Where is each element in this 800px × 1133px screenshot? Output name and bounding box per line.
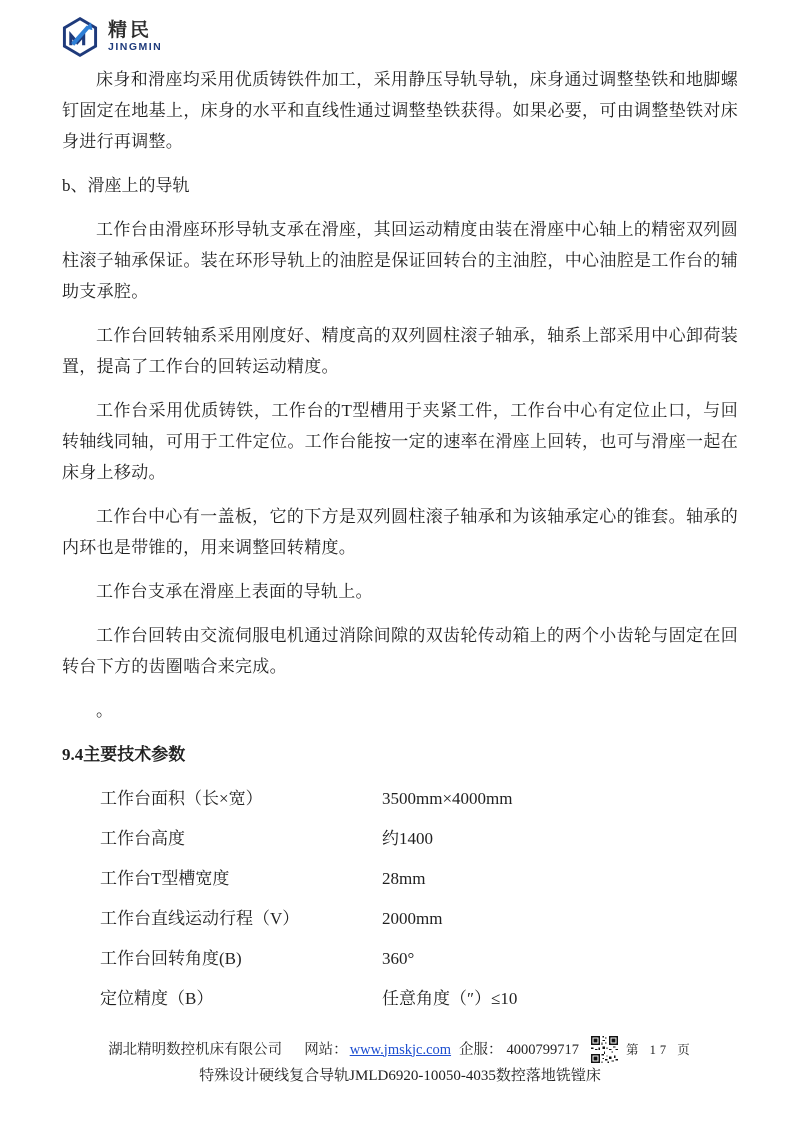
spec-value: 约1400	[382, 823, 738, 854]
page-number: 第 17 页	[626, 1039, 694, 1061]
footer-service-label: 企服：	[459, 1039, 503, 1061]
spec-label: 工作台面积（长×宽）	[62, 783, 382, 814]
spec-row-positioning-accuracy: 定位精度（B） 任意角度（″）≤10	[62, 983, 738, 1014]
logo-hexagon-icon	[58, 15, 102, 59]
spec-row-tslot-width: 工作台T型槽宽度 28mm	[62, 863, 738, 894]
footer-machine-title: 特殊设计硬线复合导轨JMLD6920-10050-4035数控落地铣镗床	[199, 1065, 601, 1087]
spec-list: 工作台面积（长×宽） 3500mm×4000mm 工作台高度 约1400 工作台…	[62, 783, 738, 1014]
spec-value: 2000mm	[382, 903, 738, 934]
spec-value: 3500mm×4000mm	[382, 783, 738, 814]
spec-label: 工作台直线运动行程（V）	[62, 903, 382, 934]
document-body: 床身和滑座均采用优质铸铁件加工，采用静压导轨导轨，床身通过调整垫铁和地脚螺钉固定…	[62, 64, 738, 1014]
logo-text: 精民 JINGMIN	[108, 21, 162, 53]
spec-label: 工作台T型槽宽度	[62, 863, 382, 894]
spec-row-linear-travel: 工作台直线运动行程（V） 2000mm	[62, 903, 738, 934]
spec-label: 定位精度（B）	[62, 983, 382, 1014]
heading-main-technical-parameters: 9.4主要技术参数	[62, 739, 738, 770]
footer-company-name: 湖北精明数控机床有限公司	[108, 1039, 282, 1061]
spec-value: 任意角度（″）≤10	[382, 983, 738, 1014]
logo-name-en: JINGMIN	[108, 42, 162, 53]
footer-service-number: 4000799717	[507, 1039, 580, 1061]
qr-code-icon	[581, 1036, 626, 1063]
company-logo: 精民 JINGMIN	[58, 14, 738, 60]
page-footer: 湖北精明数控机床有限公司 网站： www.jmskjc.com 企服： 4000…	[0, 1036, 800, 1087]
footer-website-label: 网站：	[304, 1039, 348, 1061]
spec-value: 360°	[382, 943, 738, 974]
spec-row-table-height: 工作台高度 约1400	[62, 823, 738, 854]
spec-row-table-area: 工作台面积（长×宽） 3500mm×4000mm	[62, 783, 738, 814]
paragraph-servo-motor-drive: 工作台回转由交流伺服电机通过消除间隙的双齿轮传动箱上的两个小齿轮与固定在回转台下…	[62, 620, 738, 682]
paragraph-stray-period: 。	[62, 695, 738, 726]
paragraph-cover-plate: 工作台中心有一盖板，它的下方是双列圆柱滚子轴承和为该轴承定心的锥套。轴承的内环也…	[62, 501, 738, 563]
spec-value: 28mm	[382, 863, 738, 894]
spec-label: 工作台回转角度(B)	[62, 943, 382, 974]
paragraph-bed-and-saddle: 床身和滑座均采用优质铸铁件加工，采用静压导轨导轨，床身通过调整垫铁和地脚螺钉固定…	[62, 64, 738, 157]
logo-name-zh: 精民	[108, 21, 162, 40]
spec-row-rotation-angle: 工作台回转角度(B) 360°	[62, 943, 738, 974]
footer-website-link[interactable]: www.jmskjc.com	[350, 1039, 451, 1061]
paragraph-rotary-axis-bearings: 工作台回转轴系采用刚度好、精度高的双列圆柱滚子轴承，轴系上部采用中心卸荷装置，提…	[62, 320, 738, 382]
spec-label: 工作台高度	[62, 823, 382, 854]
footer-contact-line: 湖北精明数控机床有限公司 网站： www.jmskjc.com 企服： 4000…	[106, 1036, 694, 1063]
paragraph-table-support-rail: 工作台支承在滑座上表面的导轨上。	[62, 576, 738, 607]
paragraph-worktable-cast-iron: 工作台采用优质铸铁，工作台的T型槽用于夹紧工件，工作台中心有定位止口，与回转轴线…	[62, 395, 738, 488]
paragraph-worktable-support: 工作台由滑座环形导轨支承在滑座，其回运动精度由装在滑座中心轴上的精密双列圆柱滚子…	[62, 214, 738, 307]
heading-guideways-on-saddle: b、滑座上的导轨	[62, 170, 738, 201]
document-page: 精民 JINGMIN 床身和滑座均采用优质铸铁件加工，采用静压导轨导轨，床身通过…	[0, 0, 800, 1133]
